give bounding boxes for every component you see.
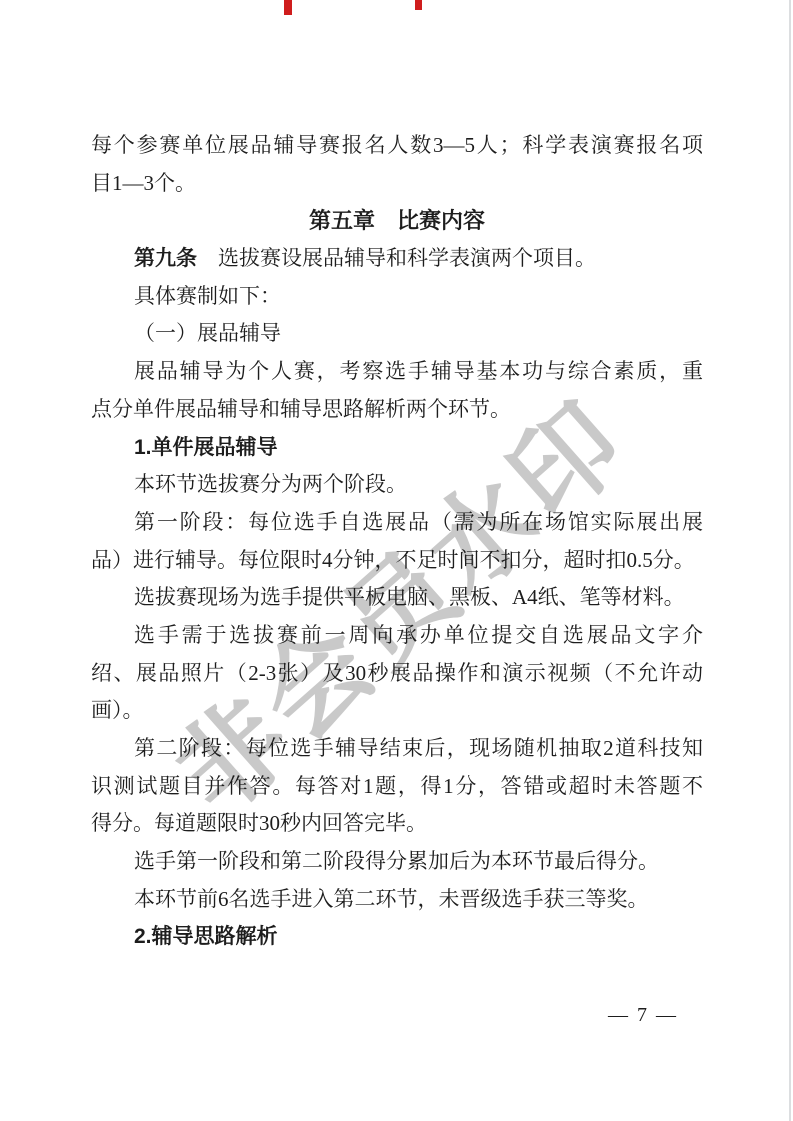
- doc-line-text: 展品辅导为个人赛，考察选手辅导基本功与综合素质，重: [134, 359, 703, 383]
- doc-line-text: 画）。: [91, 698, 144, 722]
- doc-line-text: 得分。每道题限时30秒内回答完毕。: [91, 811, 427, 835]
- doc-line-text: （一）展品辅导: [134, 321, 281, 345]
- red-header-fragment-left: [284, 0, 292, 15]
- doc-line: 第九条 选拔赛设展品辅导和科学表演两个项目。: [91, 240, 703, 278]
- doc-line: 每个参赛单位展品辅导赛报名人数3—5人；科学表演赛报名项: [91, 127, 703, 165]
- doc-line: （一）展品辅导: [91, 315, 703, 353]
- doc-line: 第一阶段：每位选手自选展品（需为所在场馆实际展出展: [91, 504, 703, 542]
- doc-line: 第五章 比赛内容: [91, 202, 703, 240]
- doc-line: 1.单件展品辅导: [91, 429, 703, 467]
- doc-line-text: 目1—3个。: [91, 171, 196, 195]
- doc-line: 第二阶段：每位选手辅导结束后，现场随机抽取2道科技知: [91, 730, 703, 768]
- doc-line-text: 选拔赛设展品辅导和科学表演两个项目。: [197, 246, 596, 270]
- doc-line-text: 点分单件展品辅导和辅导思路解析两个环节。: [91, 397, 511, 421]
- doc-line: 点分单件展品辅导和辅导思路解析两个环节。: [91, 391, 703, 429]
- doc-line: 展品辅导为个人赛，考察选手辅导基本功与综合素质，重: [91, 353, 703, 391]
- doc-line: 2.辅导思路解析: [91, 918, 703, 956]
- doc-line: 选拔赛现场为选手提供平板电脑、黑板、A4纸、笔等材料。: [91, 579, 703, 617]
- doc-line: 本环节选拔赛分为两个阶段。: [91, 466, 703, 504]
- doc-line: 选手需于选拔赛前一周向承办单位提交自选展品文字介: [91, 617, 703, 655]
- doc-line: 识测试题目并作答。每答对1题，得1分，答错或超时未答题不: [91, 768, 703, 806]
- doc-line: 品）进行辅导。每位限时4分钟，不足时间不扣分，超时扣0.5分。: [91, 542, 703, 580]
- doc-line: 本环节前6名选手进入第二环节，未晋级选手获三等奖。: [91, 881, 703, 919]
- doc-line-text: 第二阶段：每位选手辅导结束后，现场随机抽取2道科技知: [134, 736, 703, 760]
- doc-line: 具体赛制如下：: [91, 278, 703, 316]
- doc-line: 目1—3个。: [91, 165, 703, 203]
- doc-line: 绍、展品照片（2-3张）及30秒展品操作和演示视频（不允许动: [91, 655, 703, 693]
- scan-edge-line: [789, 0, 791, 1121]
- doc-line: 选手第一阶段和第二阶段得分累加后为本环节最后得分。: [91, 843, 703, 881]
- doc-line-text: 本环节前6名选手进入第二环节，未晋级选手获三等奖。: [134, 887, 649, 911]
- doc-line-text: 选手需于选拔赛前一周向承办单位提交自选展品文字介: [134, 623, 703, 647]
- doc-line-text: 第五章 比赛内容: [309, 208, 485, 233]
- document-body: 每个参赛单位展品辅导赛报名人数3—5人；科学表演赛报名项目1—3个。第五章 比赛…: [91, 127, 703, 956]
- doc-line-text: 1.单件展品辅导: [134, 436, 278, 459]
- doc-line-text: 品）进行辅导。每位限时4分钟，不足时间不扣分，超时扣0.5分。: [91, 548, 695, 572]
- doc-line-text: 绍、展品照片（2-3张）及30秒展品操作和演示视频（不允许动: [91, 661, 703, 685]
- doc-line-text: 识测试题目并作答。每答对1题，得1分，答错或超时未答题不: [91, 774, 703, 798]
- red-header-fragment-right: [415, 0, 422, 10]
- doc-line-text: 2.辅导思路解析: [134, 925, 278, 948]
- article-number: 第九条: [134, 247, 197, 270]
- doc-line-text: 具体赛制如下：: [134, 284, 281, 308]
- doc-line: 画）。: [91, 692, 703, 730]
- doc-line: 得分。每道题限时30秒内回答完毕。: [91, 805, 703, 843]
- doc-line-text: 选手第一阶段和第二阶段得分累加后为本环节最后得分。: [134, 849, 659, 873]
- doc-line-text: 本环节选拔赛分为两个阶段。: [134, 472, 407, 496]
- doc-line-text: 选拔赛现场为选手提供平板电脑、黑板、A4纸、笔等材料。: [134, 585, 685, 609]
- doc-line-text: 第一阶段：每位选手自选展品（需为所在场馆实际展出展: [134, 510, 703, 534]
- page-number: — 7 —: [563, 1004, 723, 1027]
- doc-line-text: 每个参赛单位展品辅导赛报名人数3—5人；科学表演赛报名项: [91, 133, 703, 157]
